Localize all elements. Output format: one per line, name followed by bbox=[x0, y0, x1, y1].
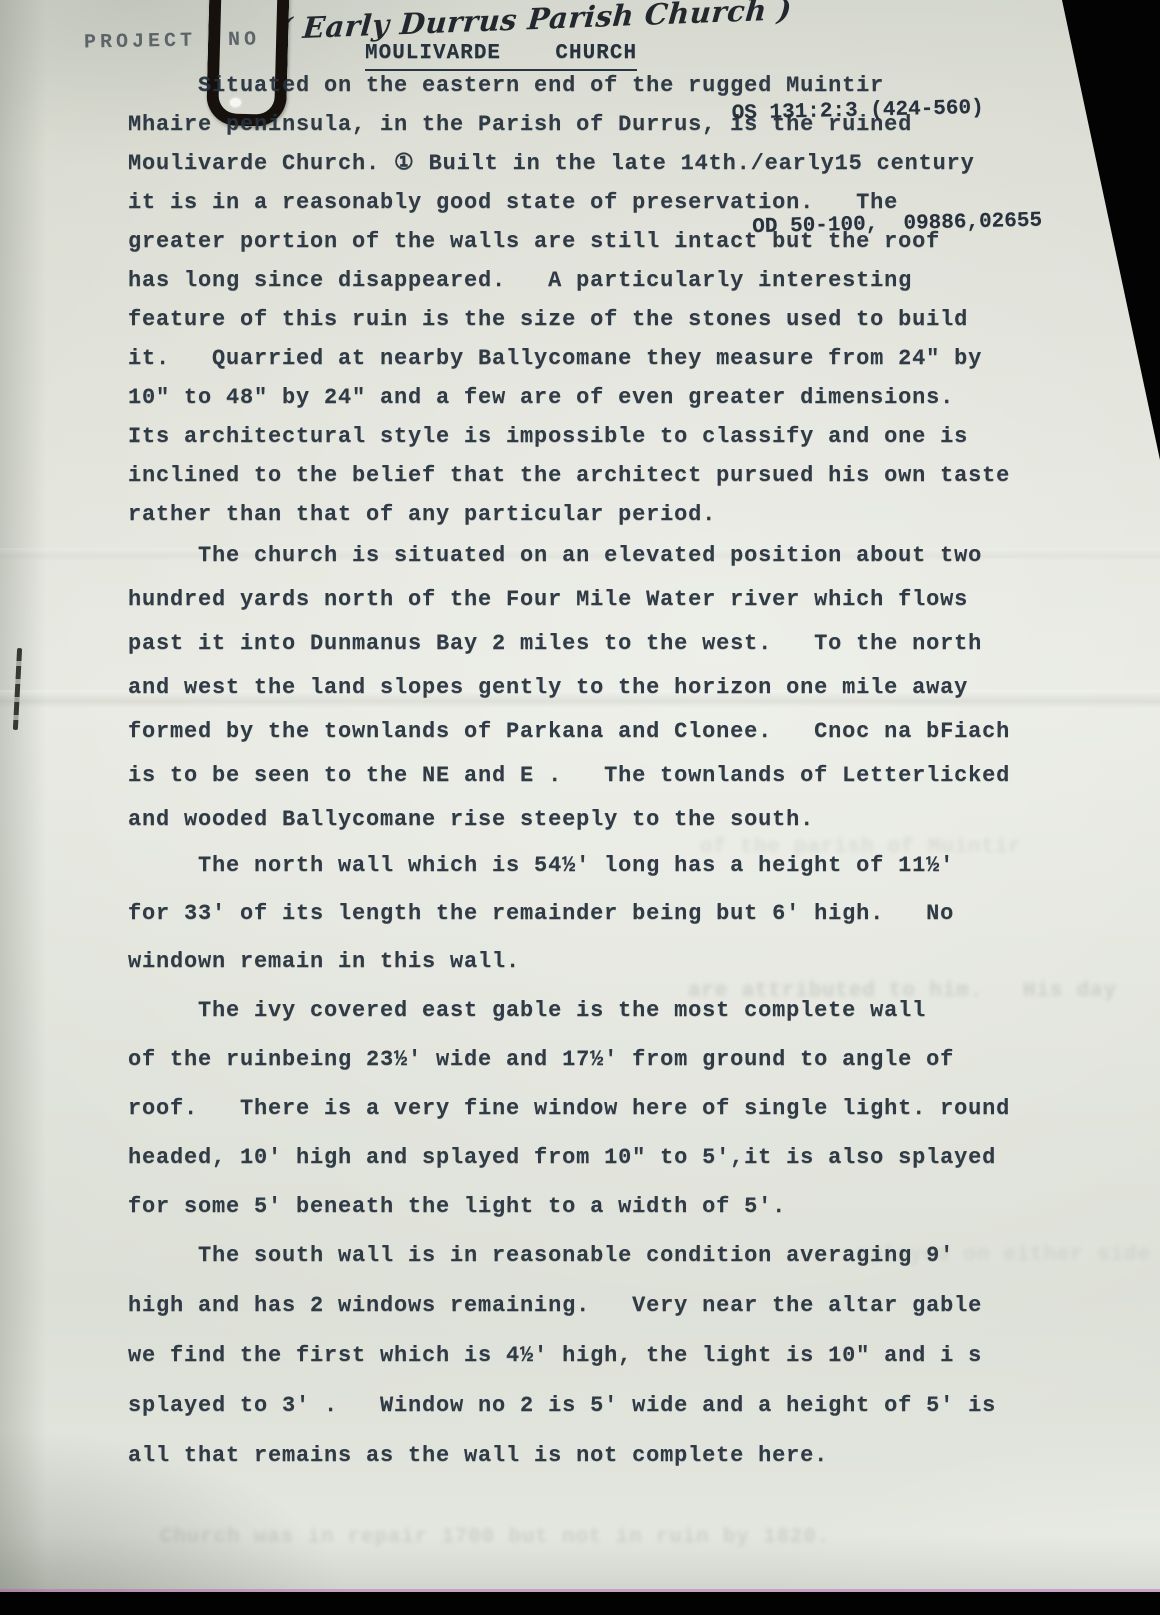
typed-line: it is in a reasonably good state of pres… bbox=[128, 183, 1088, 222]
paragraph: The south wall is in reasonable conditio… bbox=[128, 1231, 1088, 1481]
typed-line: greater portion of the walls are still i… bbox=[128, 222, 1088, 261]
typed-line: 10" to 48" by 24" and a few are of even … bbox=[128, 378, 1088, 417]
paragraph: The north wall which is 54½' long has a … bbox=[128, 842, 1088, 986]
typed-line: of the ruinbeing 23½' wide and 17½' from… bbox=[128, 1035, 1088, 1084]
typed-line: is to be seen to the NE and E . The town… bbox=[128, 754, 1088, 798]
paragraph: The ivy covered east gable is the most c… bbox=[128, 986, 1088, 1231]
bleedthrough-text: Church was in repair 1700 but not in rui… bbox=[160, 1526, 830, 1549]
typed-line: and wooded Ballycomane rise steeply to t… bbox=[128, 798, 1088, 842]
typed-line: Its architectural style is impossible to… bbox=[128, 417, 1088, 456]
document-photo: of the parish of Muintir are attributed … bbox=[0, 0, 1160, 1615]
typed-line: hundred yards north of the Four Mile Wat… bbox=[128, 578, 1088, 622]
typed-line: splayed to 3' . Window no 2 is 5' wide a… bbox=[128, 1381, 1088, 1431]
typed-line: The church is situated on an elevated po… bbox=[128, 534, 1088, 578]
typed-line: it. Quarried at nearby Ballycomane they … bbox=[128, 339, 1088, 378]
typed-line: has long since disappeared. A particular… bbox=[128, 261, 1088, 300]
typed-line: windown remain in this wall. bbox=[128, 938, 1088, 986]
typed-line: high and has 2 windows remaining. Very n… bbox=[128, 1281, 1088, 1331]
typed-line: all that remains as the wall is not comp… bbox=[128, 1431, 1088, 1481]
typed-line: past it into Dunmanus Bay 2 miles to the… bbox=[128, 622, 1088, 666]
typed-line: The south wall is in reasonable conditio… bbox=[128, 1231, 1088, 1281]
typed-line: Moulivarde Church. ① Built in the late 1… bbox=[128, 144, 1088, 183]
typed-line: formed by the townlands of Parkana and C… bbox=[128, 710, 1088, 754]
typed-line: roof. There is a very fine window here o… bbox=[128, 1084, 1088, 1133]
paragraph: Situated on the eastern end of the rugge… bbox=[128, 66, 1088, 534]
typed-line: and west the land slopes gently to the h… bbox=[128, 666, 1088, 710]
typed-line: we find the first which is 4½' high, the… bbox=[128, 1331, 1088, 1381]
typed-line: inclined to the belief that the architec… bbox=[128, 456, 1088, 495]
paragraph: The church is situated on an elevated po… bbox=[128, 534, 1088, 842]
typed-line: The north wall which is 54½' long has a … bbox=[128, 842, 1088, 890]
photo-background-bottom bbox=[0, 1592, 1160, 1615]
typed-line: Mhaire peninsula, in the Parish of Durru… bbox=[128, 105, 1088, 144]
typed-line: The ivy covered east gable is the most c… bbox=[128, 986, 1088, 1035]
typed-line: rather than that of any particular perio… bbox=[128, 495, 1088, 534]
typed-body: Situated on the eastern end of the rugge… bbox=[128, 66, 1088, 1481]
typed-line: feature of this ruin is the size of the … bbox=[128, 300, 1088, 339]
typed-line: headed, 10' high and splayed from 10" to… bbox=[128, 1133, 1088, 1182]
typed-line: for 33' of its length the remainder bein… bbox=[128, 890, 1088, 938]
typed-line: for some 5' beneath the light to a width… bbox=[128, 1182, 1088, 1231]
typed-line: Situated on the eastern end of the rugge… bbox=[128, 66, 1088, 105]
